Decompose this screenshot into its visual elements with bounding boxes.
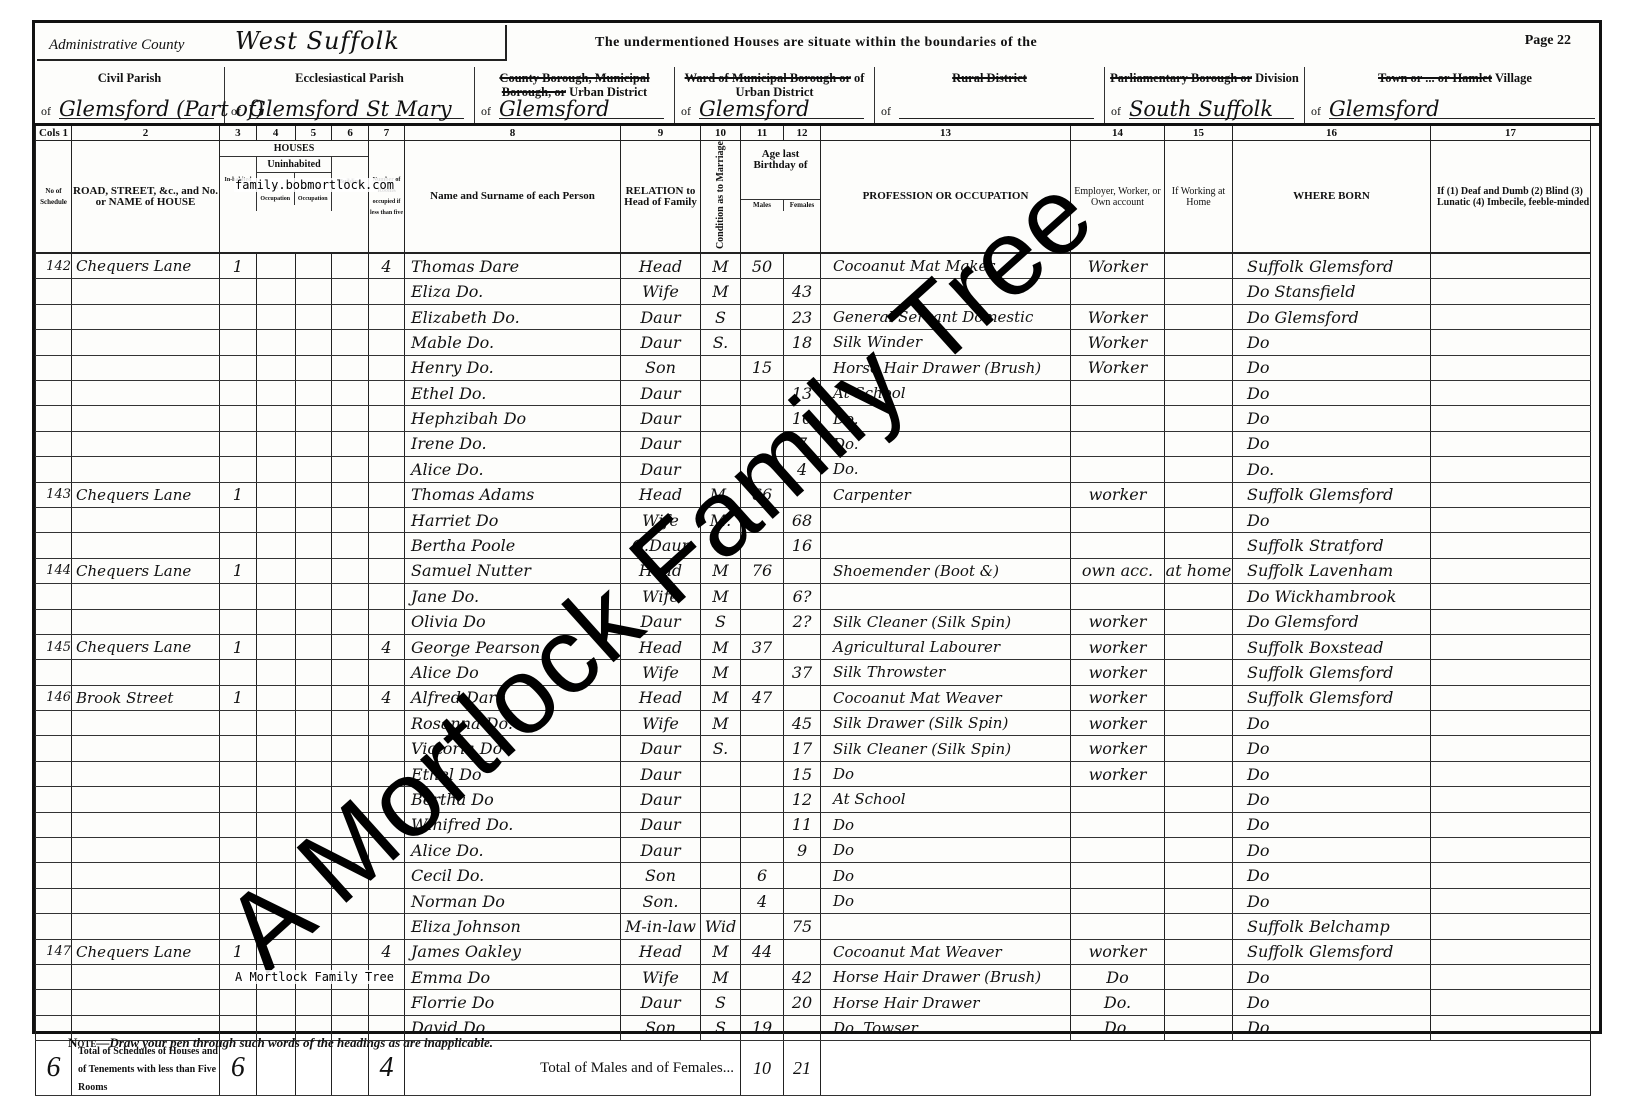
not-in-occupation [295,990,332,1015]
person-name: Ethel Do [405,761,621,786]
schedule-number [36,914,72,939]
birthplace: Do. [1233,457,1431,482]
female-age [784,1015,821,1040]
road-name [72,457,220,482]
area-title-text: Civil Parish [98,71,162,85]
schedule-number: 143 [36,482,72,507]
schedule-number: 146 [36,685,72,710]
female-age: 16 [784,533,821,558]
person-name: Victoria Do [405,736,621,761]
infirmity [1431,914,1591,939]
area-value: Glemsford [699,97,810,121]
header-occupation: PROFESSION OR OCCUPATION [821,141,1071,254]
occupation: Cocoanut Mat Weaver [821,685,1071,710]
working-at-home [1165,736,1233,761]
road-name: Chequers Lane [72,558,220,583]
area-6: Town or ... or Hamlet VillageofGlemsford [1305,67,1605,123]
rooms-count [369,914,405,939]
occupation [821,507,1071,532]
infirmity [1431,1015,1591,1040]
table-row: 144Chequers Lane1Samuel NutterHeadM76Sho… [36,558,1591,583]
infirmity [1431,761,1591,786]
building [332,660,369,685]
occupation: Cocoanut Mat Maker [821,253,1071,279]
female-age: 13 [784,381,821,406]
not-in-occupation [295,253,332,279]
occupation: Silk Cleaner (Silk Spin) [821,609,1071,634]
female-age: 12 [784,787,821,812]
male-age [741,304,784,329]
header-relation: RELATION to Head of Family [621,141,701,254]
person-name: James Oakley [405,939,621,964]
birthplace: Suffolk Belchamp [1233,914,1431,939]
infirmity [1431,482,1591,507]
inhabited-count [220,279,257,304]
column-number: 14 [1071,126,1165,141]
occupation: Shoemender (Boot &) [821,558,1071,583]
in-occupation [256,812,295,837]
rooms-count [369,381,405,406]
working-at-home [1165,381,1233,406]
person-name: Rosanna Do. [405,711,621,736]
infirmity [1431,812,1591,837]
inhabited-count [220,660,257,685]
birthplace: Do [1233,355,1431,380]
column-number: 9 [621,126,701,141]
condition-label: Condition as to Marriage [715,141,726,249]
relation: Wife [621,507,701,532]
table-row: Bertha PooleG.Daur16Suffolk Stratford [36,533,1591,558]
working-at-home [1165,457,1233,482]
area-of: of [41,104,51,119]
occupation: Do [821,812,1071,837]
table-row: Ethel DoDaur15DoworkerDo [36,761,1591,786]
working-at-home [1165,761,1233,786]
birthplace: Do [1233,431,1431,456]
schedule-number [36,964,72,989]
header-at-home: If Working at Home [1165,141,1233,254]
person-name: Florrie Do [405,990,621,1015]
header-schedule: No of Schedule [36,141,72,254]
employment-status [1071,533,1165,558]
schedule-number [36,1015,72,1040]
male-age [741,330,784,355]
female-age: 10 [784,406,821,431]
footnote: Note—Draw your pen through such words of… [68,1035,493,1051]
inhabited-count [220,304,257,329]
area-2: County Borough, Municipal Borough, or Ur… [475,67,675,123]
person-name: Ethel Do. [405,381,621,406]
in-occupation [256,304,295,329]
working-at-home [1165,990,1233,1015]
employment-status [1071,787,1165,812]
in-occupation [256,761,295,786]
administrative-county-label: Administrative County [49,37,184,54]
infirmity [1431,990,1591,1015]
relation: M-in-law [621,914,701,939]
building [332,507,369,532]
marital-condition: M [701,634,741,659]
not-in-occupation [295,507,332,532]
employment-status [1071,812,1165,837]
birthplace: Do Wickhambrook [1233,584,1431,609]
male-age [741,761,784,786]
schedule-number [36,736,72,761]
employment-status: worker [1071,482,1165,507]
not-in-occupation [295,939,332,964]
rooms-count [369,431,405,456]
female-age: 15 [784,761,821,786]
road-name [72,330,220,355]
inhabited-count [220,838,257,863]
census-table: Cols 1234567891011121314151617 No of Sch… [35,126,1591,1096]
inhabited-count: 1 [220,482,257,507]
rooms-count [369,990,405,1015]
marital-condition: M [701,660,741,685]
in-occupation [256,863,295,888]
marital-condition: M [701,584,741,609]
marital-condition [701,406,741,431]
header-rooms: Number of Rooms occupied if less than fi… [369,141,405,254]
table-row: Eliza Do.WifeM43Do Stansfield [36,279,1591,304]
inhabited-count [220,914,257,939]
column-number: 8 [405,126,621,141]
employment-status [1071,863,1165,888]
occupation: At School [821,787,1071,812]
infirmity [1431,584,1591,609]
occupation: General Servant Domestic [821,304,1071,329]
road-name: Chequers Lane [72,253,220,279]
infirmity [1431,939,1591,964]
table-row: Alice Do.Daur4Do.Do. [36,457,1591,482]
building [332,304,369,329]
employment-status: worker [1071,609,1165,634]
schedule-number [36,507,72,532]
marital-condition [701,888,741,913]
person-name: Bertha Poole [405,533,621,558]
building [332,558,369,583]
birthplace: Do [1233,812,1431,837]
not-in-occupation [295,711,332,736]
person-name: Cecil Do. [405,863,621,888]
birthplace: Do [1233,1015,1431,1040]
person-name: Alice Do. [405,838,621,863]
schedule-number: 147 [36,939,72,964]
relation: Son [621,355,701,380]
not-in-occupation [295,787,332,812]
schedule-number: 144 [36,558,72,583]
road-name [72,964,220,989]
building [332,279,369,304]
area-title-text: Division [1255,71,1299,85]
birthplace: Do [1233,990,1431,1015]
inhabited-count [220,533,257,558]
person-name: Jane Do. [405,584,621,609]
schedule-number: 145 [36,634,72,659]
birthplace: Do Stansfield [1233,279,1431,304]
female-age [784,888,821,913]
column-number: 12 [784,126,821,141]
in-occupation [256,736,295,761]
header-infirmity: If (1) Deaf and Dumb (2) Blind (3) Lunat… [1431,141,1591,254]
column-headers-row: No of Schedule ROAD, STREET, &c., and No… [36,141,1591,254]
relation: Daur [621,787,701,812]
header-condition: Condition as to Marriage [701,141,741,254]
area-title: Civil Parish [35,67,224,85]
not-in-occupation [295,584,332,609]
building [332,787,369,812]
employment-status [1071,381,1165,406]
in-occupation [256,888,295,913]
not-in-occupation [295,838,332,863]
male-age: 76 [741,558,784,583]
infirmity [1431,355,1591,380]
female-age: 68 [784,507,821,532]
marital-condition: S. [701,330,741,355]
employment-status: Worker [1071,355,1165,380]
area-title: Parliamentary Borough or Division [1105,67,1304,85]
infirmity [1431,381,1591,406]
relation: Head [621,939,701,964]
inhabited-count [220,761,257,786]
female-age: 23 [784,304,821,329]
male-age: 4 [741,888,784,913]
working-at-home [1165,482,1233,507]
occupation: Do. Towser [821,1015,1071,1040]
employment-status [1071,914,1165,939]
employment-status: worker [1071,685,1165,710]
inhabited-count [220,990,257,1015]
table-row: Olivia DoDaurS2?Silk Cleaner (Silk Spin)… [36,609,1591,634]
male-age: 6 [741,863,784,888]
schedule-number [36,355,72,380]
infirmity [1431,507,1591,532]
male-age [741,787,784,812]
area-boundaries: Civil ParishofGlemsford (Part of) Eccles… [35,67,1599,126]
working-at-home [1165,507,1233,532]
female-age: 2? [784,609,821,634]
road-name [72,584,220,609]
infirmity [1431,330,1591,355]
birthplace: Suffolk Lavenham [1233,558,1431,583]
person-name: Bertha Do [405,787,621,812]
relation: Wife [621,279,701,304]
watermark-small: A Mortlock Family Tree [234,970,395,984]
working-at-home [1165,304,1233,329]
male-age [741,507,784,532]
rooms-count [369,787,405,812]
employment-status: Worker [1071,304,1165,329]
marital-condition: M [701,964,741,989]
road-name [72,711,220,736]
marital-condition [701,812,741,837]
female-age: 17 [784,736,821,761]
occupation: Do. [821,457,1071,482]
relation: Daur [621,304,701,329]
schedule-number [36,660,72,685]
inhabited-count: 1 [220,939,257,964]
total-empty [821,1041,1591,1096]
occupation: Silk Cleaner (Silk Spin) [821,736,1071,761]
administrative-county-value: West Suffolk [235,27,400,55]
road-name [72,431,220,456]
in-occupation [256,558,295,583]
area-1: Ecclesiastical ParishofGlemsford St Mary [225,67,475,123]
marital-condition [701,381,741,406]
watermark-url: family.bobmortlock.com [234,178,395,192]
area-value: Glemsford [1329,97,1440,121]
relation: Wife [621,711,701,736]
male-age [741,533,784,558]
relation: Daur [621,406,701,431]
header-employment: Employer, Worker, or Own account [1071,141,1165,254]
in-occupation [256,914,295,939]
building [332,736,369,761]
female-age: 37 [784,660,821,685]
area-0: Civil ParishofGlemsford (Part of) [35,67,225,123]
table-row: Winifred Do.Daur11DoDo [36,812,1591,837]
relation: Head [621,634,701,659]
marital-condition [701,533,741,558]
working-at-home: at home [1165,558,1233,583]
birthplace: Suffolk Glemsford [1233,482,1431,507]
occupation: Do [821,838,1071,863]
rooms-count [369,812,405,837]
inhabited-count: 1 [220,558,257,583]
employment-status [1071,838,1165,863]
page-number: Page 22 [1525,33,1571,49]
female-age: 20 [784,990,821,1015]
inhabited-count [220,330,257,355]
table-row: Irene Do.Daur7Do.Do [36,431,1591,456]
column-number: 7 [369,126,405,141]
rooms-count [369,863,405,888]
birthplace: Do [1233,736,1431,761]
marital-condition: S [701,304,741,329]
building [332,812,369,837]
employment-status: Do. [1071,1015,1165,1040]
table-row: 142Chequers Lane14Thomas DareHeadM50Coco… [36,253,1591,279]
table-row: Cecil Do.Son6DoDo [36,863,1591,888]
in-occupation [256,507,295,532]
area-struck-text: Town or ... or Hamlet [1378,71,1492,85]
building [332,253,369,279]
marital-condition: M [701,939,741,964]
road-name: Chequers Lane [72,634,220,659]
relation: Son. [621,888,701,913]
table-row: 147Chequers Lane14James OakleyHeadM44Coc… [36,939,1591,964]
working-at-home [1165,863,1233,888]
employment-status: Do [1071,964,1165,989]
rooms-count [369,761,405,786]
column-number: 3 [220,126,257,141]
females-label: Females [784,200,820,211]
female-age [784,253,821,279]
schedule-number [36,431,72,456]
inhabited-count [220,406,257,431]
in-occupation [256,838,295,863]
table-row: Harriet DoWifeM.68Do [36,507,1591,532]
road-name [72,533,220,558]
census-page: Administrative County West Suffolk The u… [32,20,1602,1034]
building [332,685,369,710]
employment-status: worker [1071,660,1165,685]
working-at-home [1165,787,1233,812]
building [332,584,369,609]
birthplace: Do Glemsford [1233,304,1431,329]
male-age [741,584,784,609]
building [332,431,369,456]
road-name [72,888,220,913]
not-in-occupation [295,634,332,659]
footnote-text: —Draw your pen through such words of the… [96,1035,493,1050]
person-name: Eliza Johnson [405,914,621,939]
infirmity [1431,279,1591,304]
relation: Head [621,253,701,279]
infirmity [1431,888,1591,913]
employment-status [1071,457,1165,482]
rooms-count [369,482,405,507]
table-row: 145Chequers Lane14George PearsonHeadM37A… [36,634,1591,659]
inhabited-count [220,457,257,482]
in-occupation [256,711,295,736]
working-at-home [1165,253,1233,279]
person-name: Elizabeth Do. [405,304,621,329]
relation: Head [621,482,701,507]
road-name [72,863,220,888]
schedule-number [36,888,72,913]
marital-condition [701,761,741,786]
building [332,609,369,634]
table-row: Elizabeth Do.DaurS23General Servant Dome… [36,304,1591,329]
building [332,482,369,507]
inhabited-count [220,431,257,456]
rooms-count: 4 [369,939,405,964]
not-in-occupation [295,381,332,406]
inhabited-count [220,609,257,634]
occupation [821,279,1071,304]
female-age: 75 [784,914,821,939]
not-in-occupation [295,812,332,837]
column-number: 10 [701,126,741,141]
relation: Wife [621,584,701,609]
column-number: Cols 1 [36,126,72,141]
working-at-home [1165,406,1233,431]
employment-status: Do. [1071,990,1165,1015]
birthplace: Do [1233,406,1431,431]
working-at-home [1165,711,1233,736]
road-name [72,381,220,406]
employment-status: worker [1071,761,1165,786]
rooms-count [369,888,405,913]
area-3: Ward of Municipal Borough or of Urban Di… [675,67,875,123]
schedule-number [36,304,72,329]
table-row: Victoria DoDaurS.17Silk Cleaner (Silk Sp… [36,736,1591,761]
birthplace: Do [1233,838,1431,863]
males-label: Males [741,200,784,211]
schedule-number [36,533,72,558]
total-schedules-text: Total of Schedules of Houses and of Tene… [78,1046,218,1093]
in-occupation [256,990,295,1015]
relation: Daur [621,812,701,837]
occupation: Horse Hair Drawer (Brush) [821,355,1071,380]
marital-condition [701,457,741,482]
table-row: Rosanna Do.WifeM45Silk Drawer (Silk Spin… [36,711,1591,736]
infirmity [1431,304,1591,329]
person-name: Harriet Do [405,507,621,532]
male-age [741,914,784,939]
female-age [784,685,821,710]
